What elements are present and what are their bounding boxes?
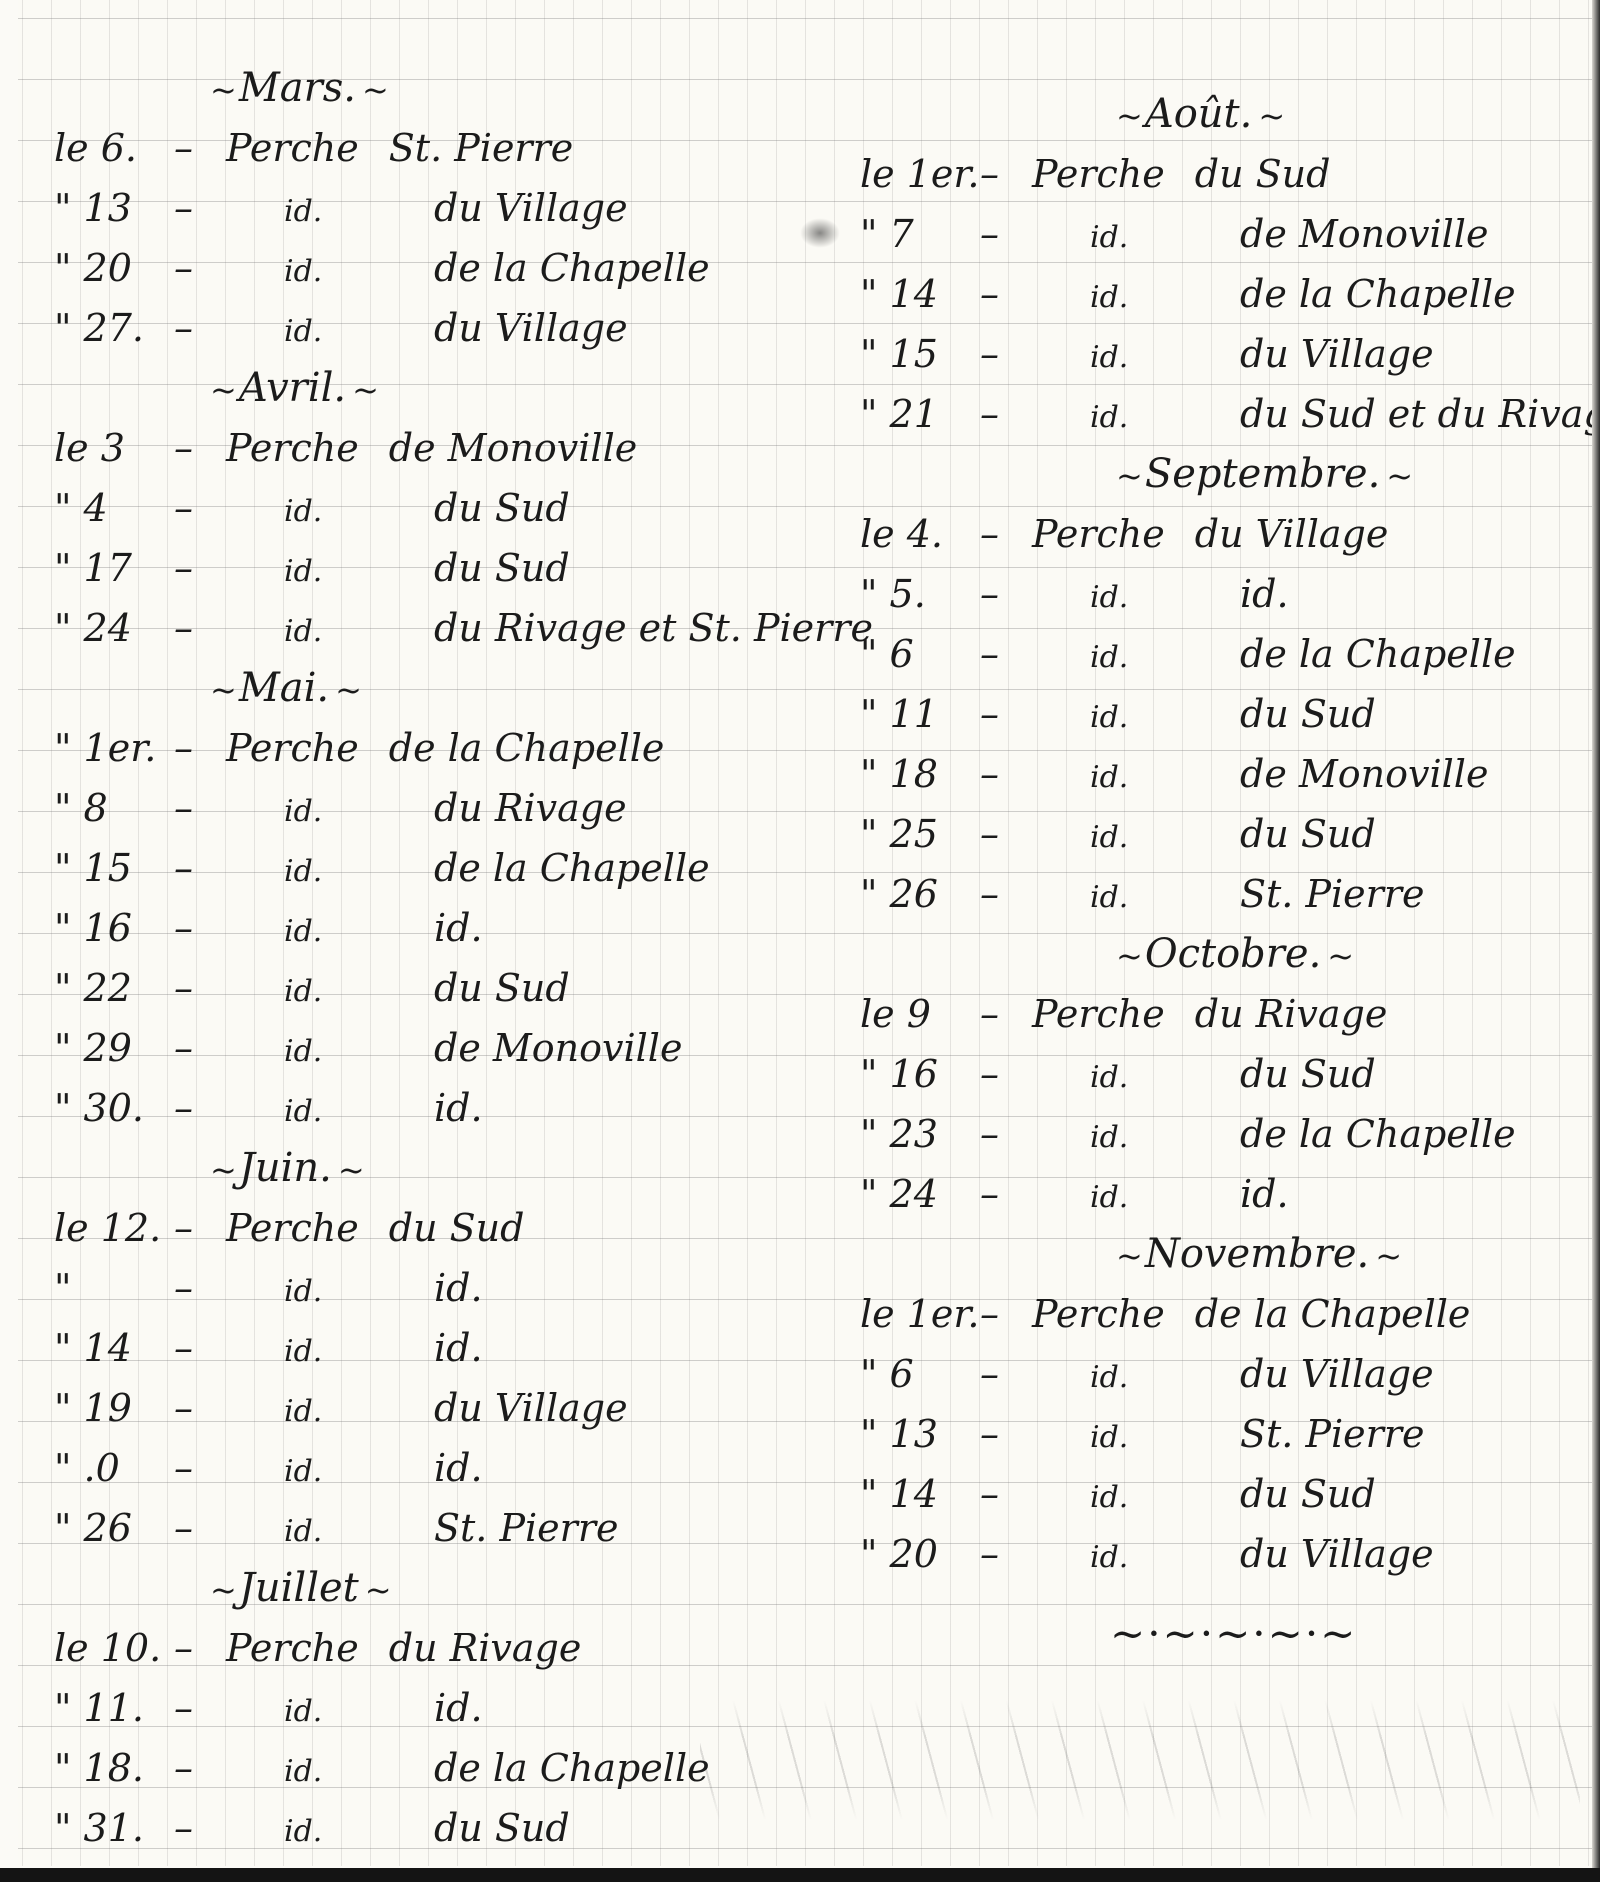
schedule-entry: " 21–id.du Sud et du Rivage xyxy=(860,384,1580,444)
entry-dash: – xyxy=(174,1018,214,1078)
entry-type: Perche xyxy=(1020,984,1165,1044)
entry-place: du Sud xyxy=(1210,1464,1376,1524)
entry-date: " 23 xyxy=(860,1104,980,1164)
entry-dash: – xyxy=(980,1164,1020,1224)
entry-type: id. xyxy=(1020,628,1210,688)
entry-dash: – xyxy=(174,898,214,958)
entry-date: " 24 xyxy=(860,1164,980,1224)
entry-date: " 30. xyxy=(54,1078,174,1138)
entry-date: " 1er. xyxy=(54,718,174,778)
faint-pencil-note xyxy=(700,1700,1580,1820)
month-heading: ~Mai.~ xyxy=(54,658,814,718)
entry-place: id. xyxy=(404,1678,483,1738)
entry-place: St. Pierre xyxy=(404,1498,619,1558)
entry-dash: – xyxy=(980,684,1020,744)
end-ornament: ~·~·~·~·~ xyxy=(860,1604,1580,1664)
entry-date: " xyxy=(54,1258,174,1318)
entry-type: id. xyxy=(214,782,404,842)
entry-type: id. xyxy=(214,1502,404,1562)
entry-dash: – xyxy=(980,1344,1020,1404)
entry-place: de Monoville xyxy=(359,418,637,478)
entry-date: " 26 xyxy=(860,864,980,924)
entry-place: de la Chapelle xyxy=(1210,624,1516,684)
entry-date: le 12. xyxy=(54,1198,174,1258)
entry-date: " 6 xyxy=(860,624,980,684)
month-heading: ~Juillet~ xyxy=(54,1558,814,1618)
entry-date: " 11 xyxy=(860,684,980,744)
entry-dash: – xyxy=(174,178,214,238)
scan-edge-right xyxy=(1592,0,1600,1882)
entry-dash: – xyxy=(174,118,214,178)
flourish-left: ~ xyxy=(210,1151,233,1189)
entry-type: id. xyxy=(214,1442,404,1502)
entry-type: id. xyxy=(1020,748,1210,808)
entry-date: " 26 xyxy=(54,1498,174,1558)
entry-date: " 19 xyxy=(54,1378,174,1438)
schedule-entry: " 11.–id.id. xyxy=(54,1678,814,1738)
entry-place: du Sud xyxy=(359,1198,525,1258)
entry-type: id. xyxy=(1020,208,1210,268)
entry-date: " 13 xyxy=(860,1404,980,1464)
schedule-entry: " .0–id.id. xyxy=(54,1438,814,1498)
flourish-right: ~ xyxy=(1258,97,1281,135)
entry-place: du Sud xyxy=(1210,804,1376,864)
entry-date: " 21 xyxy=(860,384,980,444)
entry-dash: – xyxy=(980,1464,1020,1524)
entry-type: Perche xyxy=(1020,1284,1165,1344)
entry-place: du Village xyxy=(1210,1524,1434,1584)
entry-place: St. Pierre xyxy=(1210,864,1425,924)
entry-type: id. xyxy=(1020,808,1210,868)
schedule-entry: " 7–id.de Monoville xyxy=(860,204,1580,264)
entry-type: id. xyxy=(1020,688,1210,748)
schedule-entry: " 26–id.St. Pierre xyxy=(860,864,1580,924)
entry-type: id. xyxy=(214,542,404,602)
month-name: Novembre. xyxy=(1145,1231,1369,1277)
entry-dash: – xyxy=(174,1378,214,1438)
flourish-left: ~ xyxy=(210,371,233,409)
flourish-left: ~ xyxy=(1116,937,1139,975)
schedule-entry: " 16–id.du Sud xyxy=(860,1044,1580,1104)
entry-place: du Rivage xyxy=(404,778,627,838)
entry-type: id. xyxy=(1020,1048,1210,1108)
entry-type: id. xyxy=(214,1802,404,1862)
entry-place: id. xyxy=(1210,1164,1289,1224)
entry-date: " 14 xyxy=(860,264,980,324)
entry-type: id. xyxy=(1020,1528,1210,1588)
entry-type: id. xyxy=(214,842,404,902)
schedule-entry: " 4–id.du Sud xyxy=(54,478,814,538)
entry-type: id. xyxy=(214,1262,404,1322)
flourish-left: ~ xyxy=(1116,97,1139,135)
month-heading: ~Octobre.~ xyxy=(860,924,1580,984)
entry-place: de la Chapelle xyxy=(1210,264,1516,324)
month-name: Juin. xyxy=(239,1145,332,1191)
schedule-entry: le 1er.–Perchedu Sud xyxy=(860,144,1580,204)
month-heading: ~Août.~ xyxy=(860,84,1580,144)
flourish-right: ~ xyxy=(352,371,375,409)
entry-place: de la Chapelle xyxy=(404,1738,710,1798)
entry-dash: – xyxy=(980,264,1020,324)
entry-type: id. xyxy=(214,962,404,1022)
entry-date: " 20 xyxy=(860,1524,980,1584)
schedule-entry: " 5.–id.id. xyxy=(860,564,1580,624)
entry-date: " 15 xyxy=(860,324,980,384)
flourish-right: ~ xyxy=(1375,1237,1398,1275)
schedule-entry: " 6–id.du Village xyxy=(860,1344,1580,1404)
entry-place: du Village xyxy=(404,1378,628,1438)
schedule-entry: le 12.–Perchedu Sud xyxy=(54,1198,814,1258)
flourish-right: ~ xyxy=(1386,457,1409,495)
entry-place: de Monoville xyxy=(1210,204,1488,264)
schedule-entry: " 13–id.du Village xyxy=(54,178,814,238)
schedule-entry: " 18.–id.de la Chapelle xyxy=(54,1738,814,1798)
entry-type: id. xyxy=(214,242,404,302)
right-column: ~Août.~le 1er.–Perchedu Sud" 7–id.de Mon… xyxy=(860,84,1580,1664)
schedule-entry: " 19–id.du Village xyxy=(54,1378,814,1438)
entry-dash: – xyxy=(174,778,214,838)
entry-place: de la Chapelle xyxy=(404,838,710,898)
entry-place: id. xyxy=(1210,564,1289,624)
entry-dash: – xyxy=(174,1078,214,1138)
entry-place: St. Pierre xyxy=(1210,1404,1425,1464)
entry-date: " 16 xyxy=(54,898,174,958)
entry-type: id. xyxy=(1020,868,1210,928)
month-heading: ~Avril.~ xyxy=(54,358,814,418)
entry-type: id. xyxy=(1020,1468,1210,1528)
entry-place: de la Chapelle xyxy=(359,718,665,778)
entry-date: " 24 xyxy=(54,598,174,658)
entry-dash: – xyxy=(174,238,214,298)
entry-dash: – xyxy=(174,1198,214,1258)
entry-date: " 14 xyxy=(860,1464,980,1524)
entry-dash: – xyxy=(980,1104,1020,1164)
entry-date: le 1er. xyxy=(860,144,980,204)
entry-date: " 13 xyxy=(54,178,174,238)
entry-dash: – xyxy=(174,538,214,598)
month-heading: ~Septembre.~ xyxy=(860,444,1580,504)
entry-place: id. xyxy=(404,898,483,958)
schedule-entry: " 16–id.id. xyxy=(54,898,814,958)
entry-place: du Sud xyxy=(404,1798,570,1858)
schedule-entry: " 24–id.du Rivage et St. Pierre xyxy=(54,598,814,658)
entry-dash: – xyxy=(174,598,214,658)
entry-type: id. xyxy=(1020,1168,1210,1228)
entry-place: du Sud xyxy=(404,478,570,538)
entry-type: id. xyxy=(214,182,404,242)
month-name: Septembre. xyxy=(1145,451,1380,497)
scan-edge-bottom xyxy=(0,1868,1600,1882)
entry-date: " 4 xyxy=(54,478,174,538)
entry-dash: – xyxy=(174,1738,214,1798)
schedule-entry: " 30.–id.id. xyxy=(54,1078,814,1138)
entry-place: de la Chapelle xyxy=(1210,1104,1516,1164)
entry-type: id. xyxy=(214,1082,404,1142)
entry-date: " 6 xyxy=(860,1344,980,1404)
month-name: Mars. xyxy=(239,65,356,111)
schedule-entry: " 29–id.de Monoville xyxy=(54,1018,814,1078)
entry-dash: – xyxy=(980,744,1020,804)
entry-dash: – xyxy=(174,718,214,778)
entry-dash: – xyxy=(980,204,1020,264)
entry-dash: – xyxy=(980,504,1020,564)
entry-dash: – xyxy=(174,1678,214,1738)
schedule-entry: " 23–id.de la Chapelle xyxy=(860,1104,1580,1164)
entry-dash: – xyxy=(980,624,1020,684)
schedule-entry: " 26–id.St. Pierre xyxy=(54,1498,814,1558)
entry-type: Perche xyxy=(214,1198,359,1258)
entry-place: id. xyxy=(404,1258,483,1318)
flourish-left: ~ xyxy=(210,71,233,109)
entry-place: du Sud xyxy=(1165,144,1331,204)
entry-dash: – xyxy=(980,384,1020,444)
entry-date: " 15 xyxy=(54,838,174,898)
schedule-entry: le 9–Perchedu Rivage xyxy=(860,984,1580,1044)
month-heading: ~Mars.~ xyxy=(54,58,814,118)
entry-dash: – xyxy=(174,1318,214,1378)
entry-place: id. xyxy=(404,1078,483,1138)
entry-place: de la Chapelle xyxy=(404,238,710,298)
flourish-left: ~ xyxy=(210,1571,233,1609)
schedule-entry: " 20–id.du Village xyxy=(860,1524,1580,1584)
schedule-entry: " 25–id.du Sud xyxy=(860,804,1580,864)
entry-place: du Village xyxy=(1210,324,1434,384)
flourish-right: ~ xyxy=(335,671,358,709)
schedule-entry: " 14–id.id. xyxy=(54,1318,814,1378)
schedule-entry: " 1er.–Perchede la Chapelle xyxy=(54,718,814,778)
schedule-entry: " 31.–id.du Sud xyxy=(54,1798,814,1858)
entry-dash: – xyxy=(174,478,214,538)
month-name: Août. xyxy=(1145,91,1253,137)
entry-date: " .0 xyxy=(54,1438,174,1498)
entry-date: " 22 xyxy=(54,958,174,1018)
entry-dash: – xyxy=(980,1524,1020,1584)
flourish-right: ~ xyxy=(362,71,385,109)
entry-type: Perche xyxy=(1020,504,1165,564)
entry-type: id. xyxy=(214,482,404,542)
entry-dash: – xyxy=(174,418,214,478)
left-column: ~Mars.~le 6.–PercheSt. Pierre" 13–id.du … xyxy=(54,58,814,1858)
schedule-entry: le 3–Perchede Monoville xyxy=(54,418,814,478)
entry-type: id. xyxy=(214,1322,404,1382)
schedule-entry: " 6–id.de la Chapelle xyxy=(860,624,1580,684)
month-heading: ~Novembre.~ xyxy=(860,1224,1580,1284)
schedule-entry: le 10.–Perchedu Rivage xyxy=(54,1618,814,1678)
schedule-entry: " 14–id.de la Chapelle xyxy=(860,264,1580,324)
entry-type: Perche xyxy=(214,418,359,478)
schedule-entry: le 4.–Perchedu Village xyxy=(860,504,1580,564)
schedule-entry: le 1er.–Perchede la Chapelle xyxy=(860,1284,1580,1344)
entry-place: du Rivage xyxy=(359,1618,582,1678)
flourish-right: ~ xyxy=(1327,937,1350,975)
entry-place: du Sud xyxy=(1210,684,1376,744)
entry-dash: – xyxy=(980,984,1020,1044)
entry-type: id. xyxy=(1020,1108,1210,1168)
entry-type: id. xyxy=(1020,568,1210,628)
entry-dash: – xyxy=(980,864,1020,924)
entry-place: du Village xyxy=(1210,1344,1434,1404)
schedule-entry: " 24–id.id. xyxy=(860,1164,1580,1224)
entry-type: id. xyxy=(214,902,404,962)
entry-place: du Rivage et St. Pierre xyxy=(404,598,873,658)
entry-date: " 16 xyxy=(860,1044,980,1104)
entry-date: " 7 xyxy=(860,204,980,264)
entry-date: " 20 xyxy=(54,238,174,298)
entry-type: id. xyxy=(1020,1348,1210,1408)
entry-place: du Rivage xyxy=(1165,984,1388,1044)
month-name: Juillet xyxy=(239,1565,359,1611)
entry-place: du Sud xyxy=(404,958,570,1018)
entry-date: " 29 xyxy=(54,1018,174,1078)
schedule-entry: " 27.–id.du Village xyxy=(54,298,814,358)
schedule-entry: " 15–id.du Village xyxy=(860,324,1580,384)
entry-date: " 11. xyxy=(54,1678,174,1738)
entry-date: " 27. xyxy=(54,298,174,358)
entry-dash: – xyxy=(980,324,1020,384)
schedule-entry: " 8–id.du Rivage xyxy=(54,778,814,838)
entry-type: id. xyxy=(214,602,404,662)
entry-type: Perche xyxy=(214,718,359,778)
entry-type: id. xyxy=(214,302,404,362)
schedule-entry: " 11–id.du Sud xyxy=(860,684,1580,744)
entry-date: " 18 xyxy=(860,744,980,804)
entry-date: le 1er. xyxy=(860,1284,980,1344)
entry-dash: – xyxy=(174,1798,214,1858)
entry-dash: – xyxy=(980,1044,1020,1104)
flourish-right: ~ xyxy=(338,1151,361,1189)
schedule-entry: " 17–id.du Sud xyxy=(54,538,814,598)
entry-date: le 4. xyxy=(860,504,980,564)
entry-place: de Monoville xyxy=(404,1018,682,1078)
entry-type: id. xyxy=(1020,388,1210,448)
month-name: Avril. xyxy=(239,365,346,411)
entry-dash: – xyxy=(174,1498,214,1558)
entry-dash: – xyxy=(174,1438,214,1498)
entry-date: le 10. xyxy=(54,1618,174,1678)
entry-type: Perche xyxy=(214,1618,359,1678)
entry-date: le 3 xyxy=(54,418,174,478)
entry-date: " 31. xyxy=(54,1798,174,1858)
schedule-entry: "–id.id. xyxy=(54,1258,814,1318)
entry-dash: – xyxy=(980,144,1020,204)
entry-place: du Village xyxy=(404,178,628,238)
entry-type: id. xyxy=(214,1742,404,1802)
month-name: Mai. xyxy=(239,665,329,711)
entry-place: du Sud et du Rivage xyxy=(1210,384,1600,444)
entry-type: Perche xyxy=(1020,144,1165,204)
entry-type: id. xyxy=(1020,268,1210,328)
entry-type: Perche xyxy=(214,118,359,178)
flourish-left: ~ xyxy=(1116,1237,1139,1275)
schedule-entry: le 6.–PercheSt. Pierre xyxy=(54,118,814,178)
entry-dash: – xyxy=(174,1618,214,1678)
month-name: Octobre. xyxy=(1145,931,1321,977)
schedule-entry: " 22–id.du Sud xyxy=(54,958,814,1018)
entry-type: id. xyxy=(214,1382,404,1442)
entry-dash: – xyxy=(980,564,1020,624)
entry-place: St. Pierre xyxy=(359,118,574,178)
schedule-entry: " 14–id.du Sud xyxy=(860,1464,1580,1524)
entry-place: id. xyxy=(404,1438,483,1498)
flourish-right: ~ xyxy=(365,1571,388,1609)
entry-place: de la Chapelle xyxy=(1165,1284,1471,1344)
schedule-entry: " 13–id.St. Pierre xyxy=(860,1404,1580,1464)
entry-date: le 9 xyxy=(860,984,980,1044)
entry-date: " 25 xyxy=(860,804,980,864)
month-heading: ~Juin.~ xyxy=(54,1138,814,1198)
entry-date: " 14 xyxy=(54,1318,174,1378)
flourish-left: ~ xyxy=(1116,457,1139,495)
entry-date: " 17 xyxy=(54,538,174,598)
schedule-entry: " 18–id.de Monoville xyxy=(860,744,1580,804)
entry-place: du Sud xyxy=(404,538,570,598)
entry-place: du Village xyxy=(1165,504,1389,564)
entry-place: du Sud xyxy=(1210,1044,1376,1104)
entry-dash: – xyxy=(980,1284,1020,1344)
schedule-entry: " 20–id.de la Chapelle xyxy=(54,238,814,298)
entry-place: de Monoville xyxy=(1210,744,1488,804)
entry-date: le 6. xyxy=(54,118,174,178)
entry-date: " 5. xyxy=(860,564,980,624)
entry-place: du Village xyxy=(404,298,628,358)
entry-type: id. xyxy=(214,1022,404,1082)
entry-type: id. xyxy=(1020,328,1210,388)
entry-place: id. xyxy=(404,1318,483,1378)
schedule-entry: " 15–id.de la Chapelle xyxy=(54,838,814,898)
entry-dash: – xyxy=(174,298,214,358)
entry-dash: – xyxy=(980,804,1020,864)
entry-dash: – xyxy=(980,1404,1020,1464)
entry-date: " 18. xyxy=(54,1738,174,1798)
entry-type: id. xyxy=(1020,1408,1210,1468)
entry-date: " 8 xyxy=(54,778,174,838)
entry-dash: – xyxy=(174,958,214,1018)
entry-type: id. xyxy=(214,1682,404,1742)
flourish-left: ~ xyxy=(210,671,233,709)
entry-dash: – xyxy=(174,838,214,898)
entry-dash: – xyxy=(174,1258,214,1318)
